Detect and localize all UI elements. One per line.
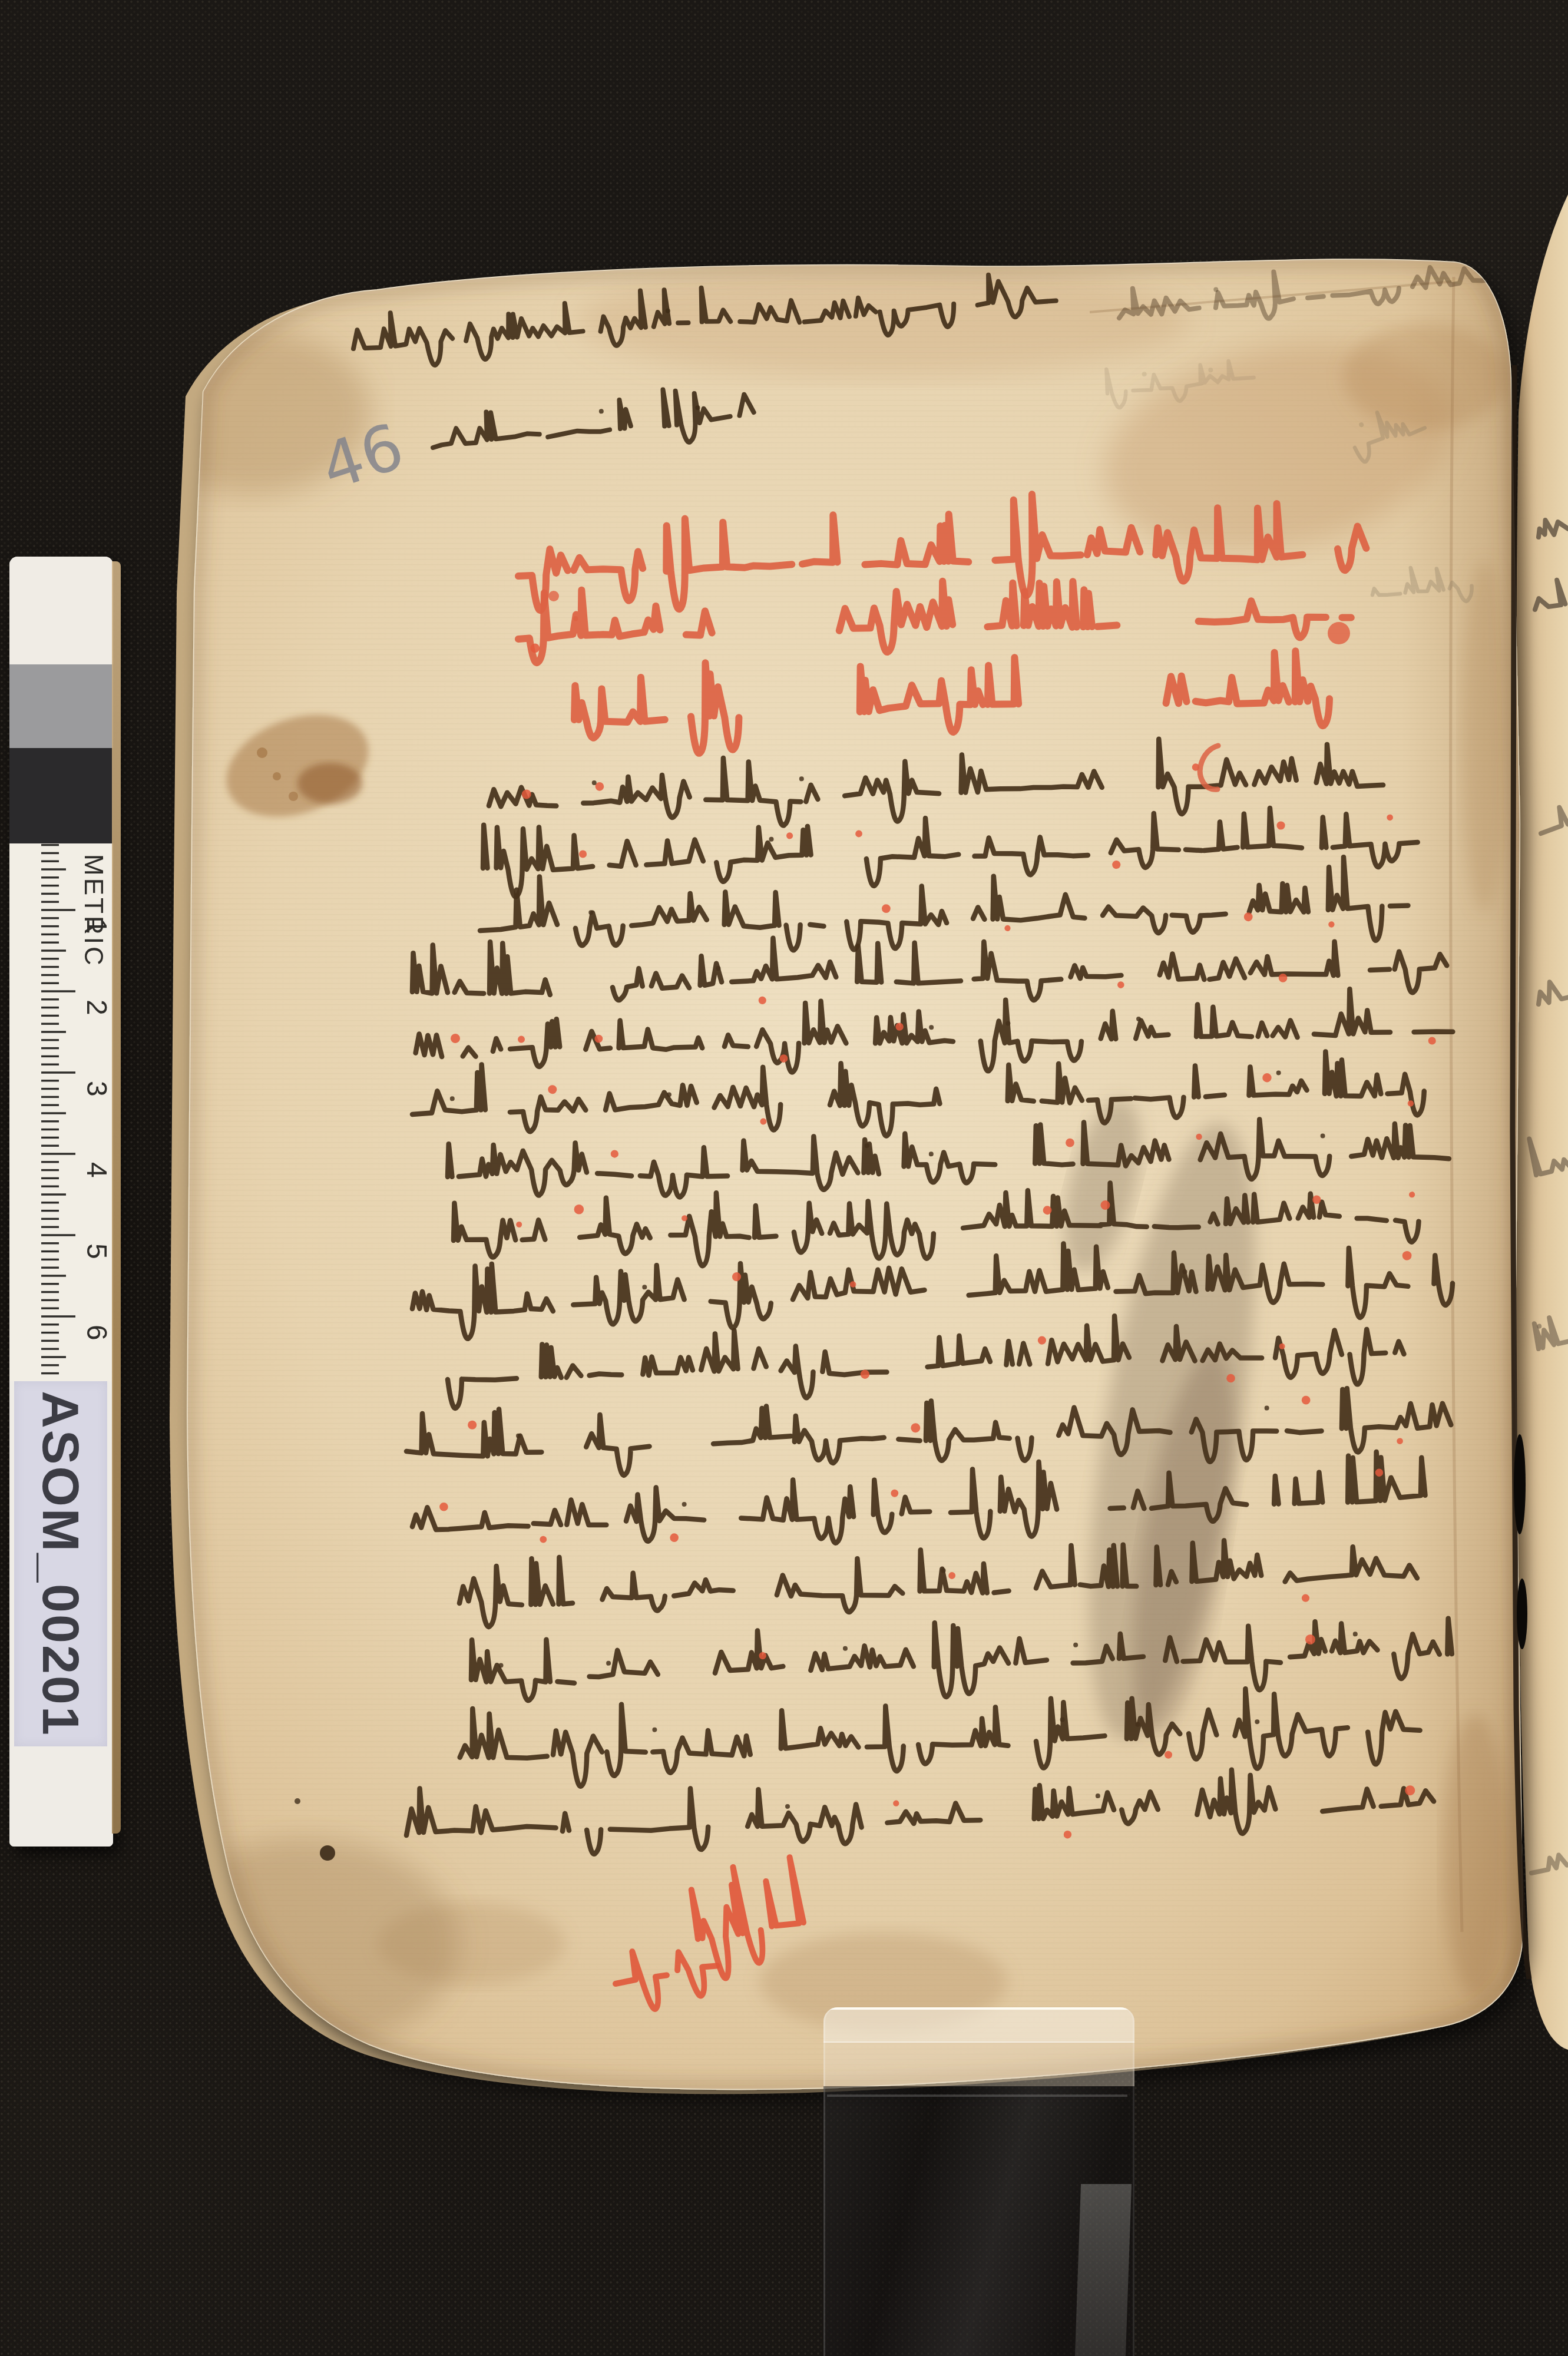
shelfmark-text: ASOM_00201: [31, 1391, 91, 1737]
ruler-number: 6: [81, 1325, 112, 1341]
red-dot: [548, 591, 559, 601]
ink-speck: [295, 1798, 300, 1804]
acrylic-bevel: [823, 2007, 1134, 2043]
ruler-number: 4: [81, 1162, 112, 1178]
ink-blot: [320, 1845, 335, 1861]
manuscript-scene: 46: [0, 0, 1568, 2356]
ruler-number: 1: [81, 918, 112, 934]
color-scale-ruler: METRIC 123456 ASOM_00201: [9, 557, 113, 1847]
gutter-gap: [1514, 1434, 1526, 1534]
acrylic-upper: [823, 2043, 1134, 2086]
photo-stage: 46 METRIC 123456 ASOM_00201: [0, 0, 1568, 2356]
gutter-gap: [1517, 1579, 1527, 1649]
large-red-dot: [1328, 622, 1350, 644]
acrylic-weight: [823, 2007, 1134, 2356]
shelfmark-label: ASOM_00201: [14, 1381, 107, 1746]
acrylic-gleam: [827, 2094, 1127, 2097]
ruler-title: METRIC: [79, 854, 108, 968]
ruler-numbers: 123456: [81, 918, 112, 1341]
facing-page-edge: [1515, 194, 1568, 2050]
ruler-number: 2: [81, 1000, 112, 1015]
ruler-ticks: [41, 845, 75, 1374]
ruler-number: 5: [81, 1243, 112, 1259]
orientation-arrow-area: [9, 1746, 113, 1847]
ruler-number: 3: [81, 1081, 112, 1097]
acrylic-streak: [1075, 2184, 1132, 2356]
page-surface-details: 46: [135, 247, 1531, 2109]
